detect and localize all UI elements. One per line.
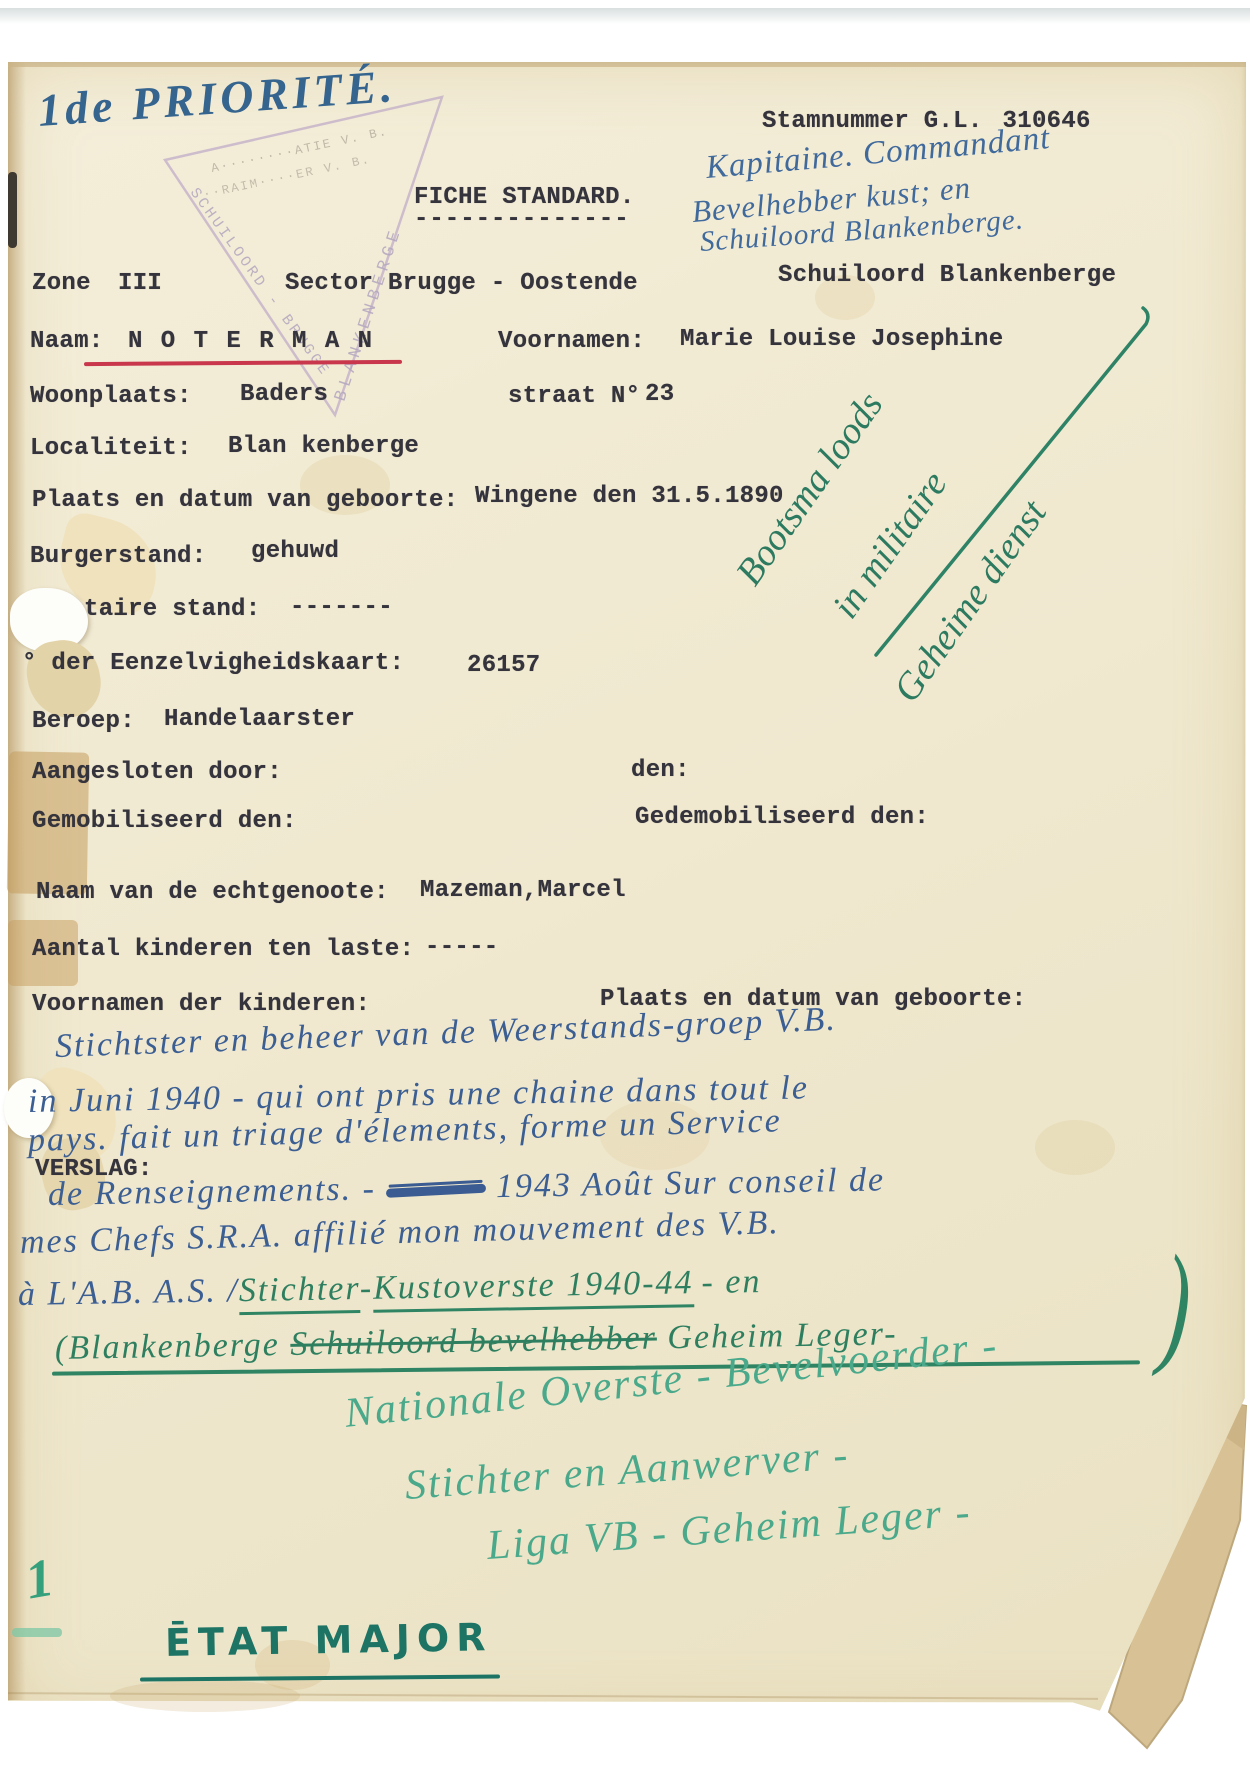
- verslag-line6-dash: -: [360, 1270, 374, 1307]
- verslag-line6-tail: - en: [701, 1263, 762, 1301]
- scanned-document: SCHUILOORD - BRUGGE BLANKENBERGE A····­·…: [0, 0, 1250, 1766]
- verslag-line7-part1: (Blankenberge: [55, 1326, 291, 1367]
- verslag-line4-part2: 1943 Août Sur conseil de: [496, 1161, 886, 1205]
- etat-major-note: ĒTAT MAJOR: [165, 1615, 493, 1665]
- verslag-line4-part1: de Renseignements. -: [48, 1170, 377, 1213]
- verslag-line6-kustoverste: Kustoverste 1940-44: [373, 1264, 694, 1313]
- verslag-line6-blue: à L'A.B. A.S. /: [18, 1272, 239, 1313]
- page-number-underline: [12, 1628, 62, 1637]
- diagonal-green-line: [0, 0, 1250, 1766]
- crossed-out-word: [386, 1183, 486, 1197]
- verslag-line6-stichter: Stichter: [238, 1270, 360, 1315]
- verslag-line7-struck: Schuiloord bevelhebber: [290, 1319, 657, 1362]
